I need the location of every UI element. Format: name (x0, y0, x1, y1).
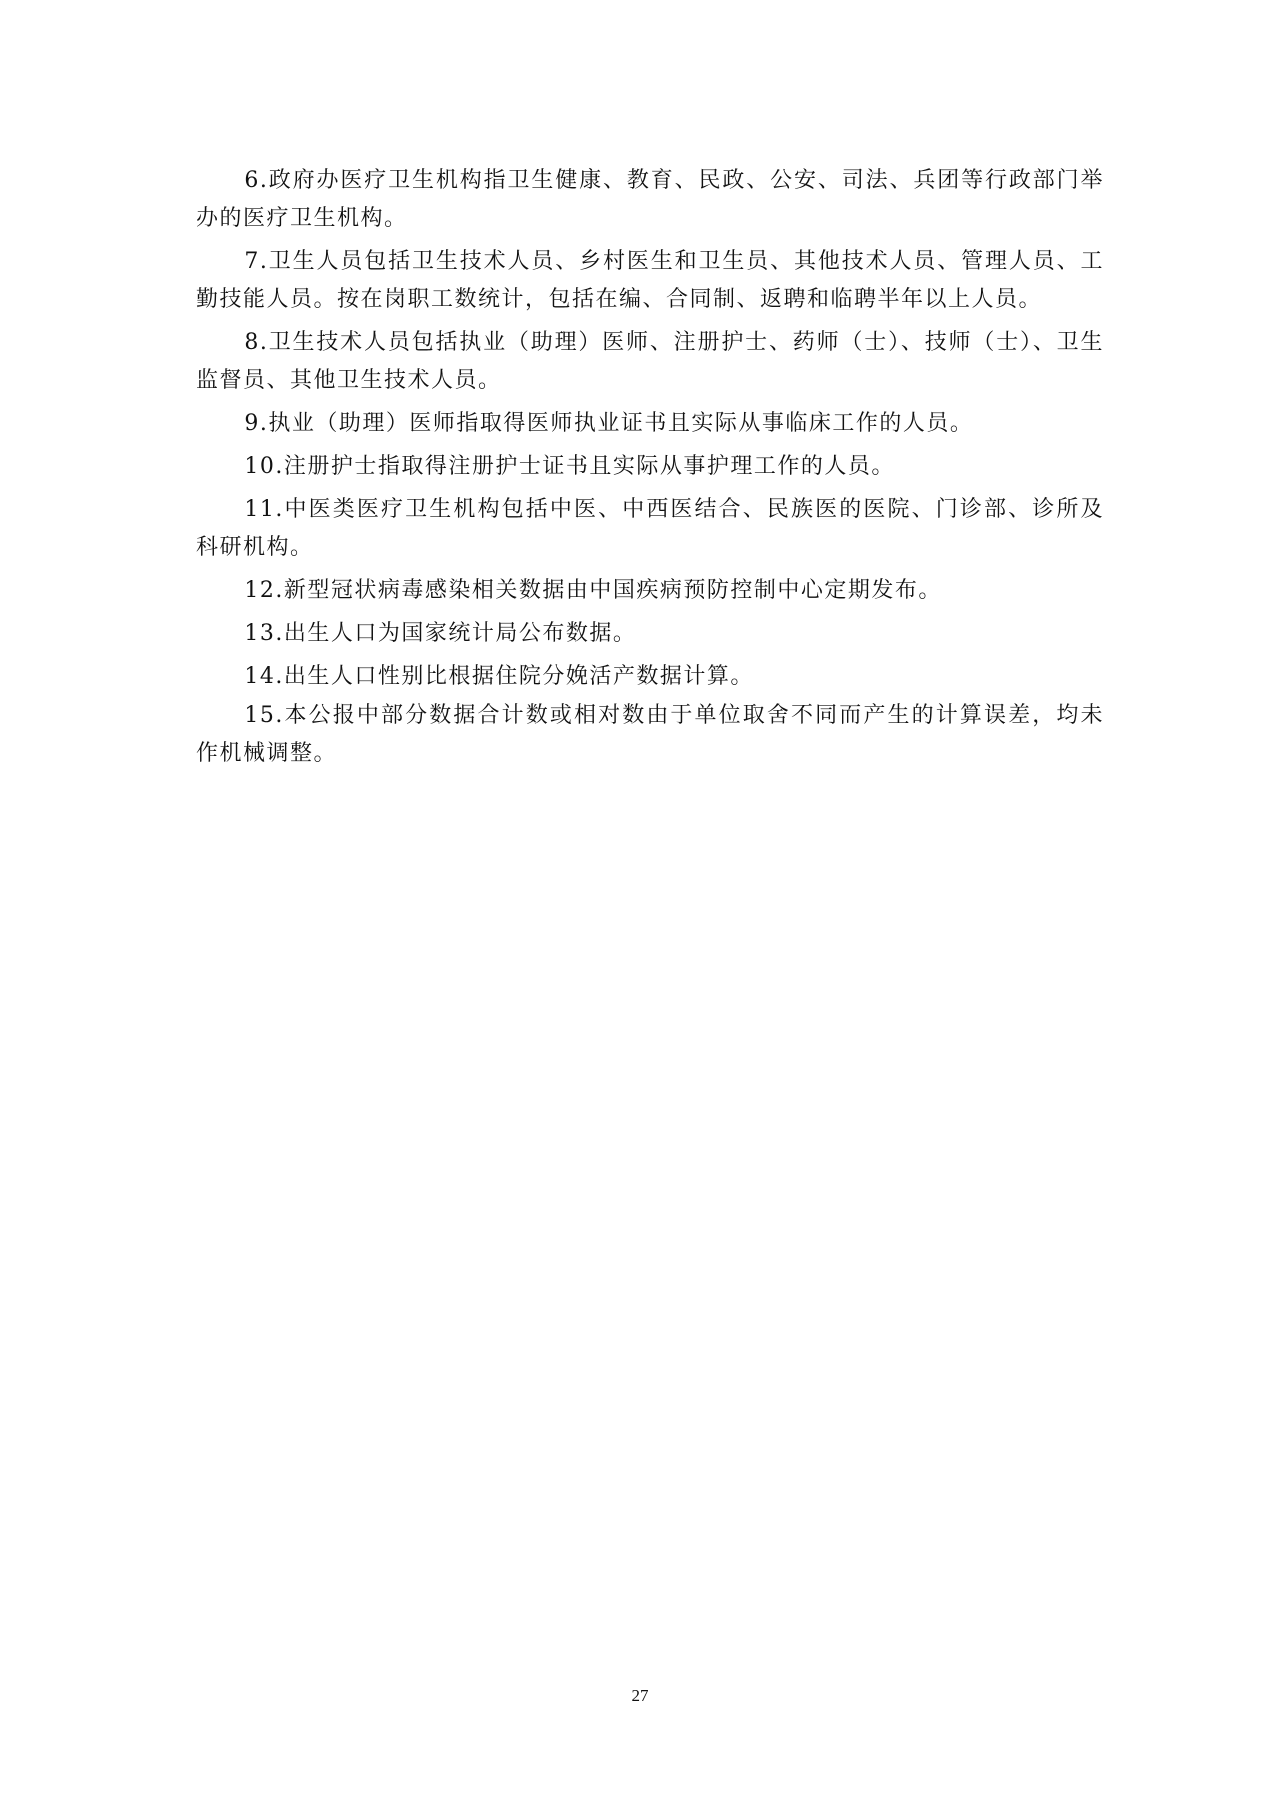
note-9: 9.执业（助理）医师指取得医师执业证书且实际从事临床工作的人员。 (196, 405, 1104, 443)
note-6: 6.政府办医疗卫生机构指卫生健康、教育、民政、公安、司法、兵团等行政部门举办的医… (196, 162, 1104, 238)
document-page: 6.政府办医疗卫生机构指卫生健康、教育、民政、公安、司法、兵团等行政部门举办的医… (196, 162, 1104, 778)
note-12: 12.新型冠状病毒感染相关数据由中国疾病预防控制中心定期发布。 (196, 572, 1104, 610)
note-11: 11.中医类医疗卫生机构包括中医、中西医结合、民族医的医院、门诊部、诊所及科研机… (196, 491, 1104, 567)
note-10: 10.注册护士指取得注册护士证书且实际从事护理工作的人员。 (196, 448, 1104, 486)
note-8: 8.卫生技术人员包括执业（助理）医师、注册护士、药师（士）、技师（士）、卫生监督… (196, 324, 1104, 400)
note-7: 7.卫生人员包括卫生技术人员、乡村医生和卫生员、其他技术人员、管理人员、工勤技能… (196, 243, 1104, 319)
note-14: 14.出生人口性别比根据住院分娩活产数据计算。 (196, 658, 1104, 696)
note-13: 13.出生人口为国家统计局公布数据。 (196, 615, 1104, 653)
note-15: 15.本公报中部分数据合计数或相对数由于单位取舍不同而产生的计算误差，均未作机械… (196, 697, 1104, 773)
page-number: 27 (0, 1686, 1280, 1706)
